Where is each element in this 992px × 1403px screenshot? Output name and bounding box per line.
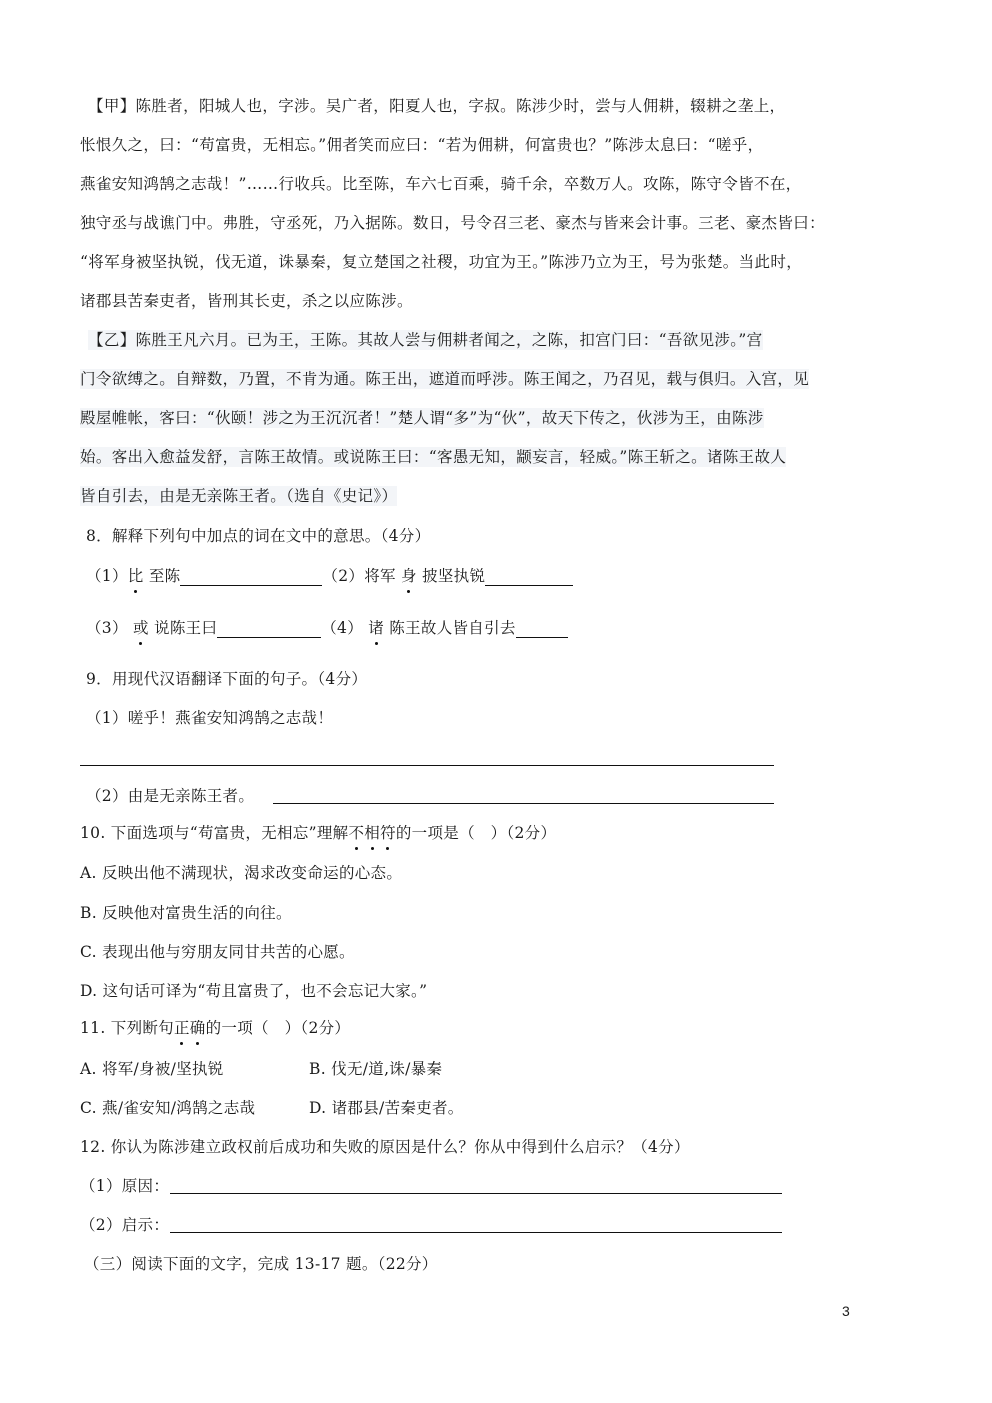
dotted-word: 诸	[368, 618, 384, 638]
question-11-stem: 11. 下列断句正确的一项（ ）（2分）	[80, 1018, 350, 1038]
answer-blank-8-4[interactable]	[516, 619, 568, 638]
question-12-stem: 12. 你认为陈涉建立政权前后成功和失败的原因是什么？你从中得到什么启示？（4分…	[80, 1137, 690, 1157]
option-a[interactable]: A. 反映出他不满现状，渴求改变命运的心态。	[80, 863, 402, 883]
page-number: 3	[842, 1303, 850, 1319]
passage-yi-line: 始。客出入愈益发舒，言陈王故情。或说陈王曰：“客愚无知，颛妄言，轻威。”陈王斩之…	[80, 447, 786, 467]
question-9-item-2: （2）由是无亲陈王者。	[86, 786, 254, 806]
stem-text: 的一项是（ ）（2分）	[396, 824, 556, 842]
option-c[interactable]: C. 表现出他与穷朋友同甘共苦的心愿。	[80, 942, 355, 962]
item-text: 至陈	[149, 567, 181, 585]
option-c[interactable]: C. 燕/雀安知/鸿鹄之志哉	[80, 1098, 255, 1118]
dotted-word: 身	[401, 566, 417, 586]
answer-blank-8-1[interactable]	[180, 567, 322, 586]
answer-line-9-2[interactable]	[273, 803, 774, 804]
stem-text: 的一项（ ）（2分）	[206, 1019, 351, 1037]
passage-jia-line: “将军身被坚执锐，伐无道，诛暴秦，复立楚国之社稷，功宜为王。”陈涉乃立为王，号为…	[80, 252, 802, 272]
option-a[interactable]: A. 将军/身被/坚执锐	[80, 1059, 224, 1079]
question-9-item-1: （1）嗟乎！燕雀安知鸿鹄之志哉！	[86, 708, 333, 728]
question-12-item-1: （1）原因：	[80, 1176, 169, 1196]
dotted-word: 相	[364, 823, 380, 843]
item-text: 说陈王曰	[154, 619, 217, 637]
item-text: 陈王故人皆自引去	[389, 619, 515, 637]
passage-yi-line: 殿屋帷帐，客曰：“伙颐！涉之为王沉沉者！”楚人谓“多”为“伙”，故天下传之，伙涉…	[80, 408, 764, 428]
answer-line-12-2[interactable]	[170, 1232, 782, 1233]
dotted-word: 或	[133, 618, 149, 638]
item-number: （4）	[321, 619, 363, 637]
option-d[interactable]: D. 诸郡县/苦秦吏者。	[309, 1098, 464, 1118]
answer-line-9-1[interactable]	[80, 765, 774, 766]
passage-yi-line: 皆自引去，由是无亲陈王者。（选自《史记》）	[80, 486, 397, 506]
stem-text: 11. 下列断句	[80, 1019, 174, 1037]
item-text: 将军	[364, 567, 396, 585]
answer-line-12-1[interactable]	[170, 1193, 782, 1194]
option-b[interactable]: B. 伐无/道,诛/暴秦	[309, 1059, 442, 1079]
item-text: 披坚执锐	[422, 567, 485, 585]
question-8-stem: 8．解释下列句中加点的词在文中的意思。（4分）	[86, 526, 430, 546]
passage-jia-line: 诸郡县苦秦吏者，皆刑其长吏，杀之以应陈涉。	[80, 291, 413, 311]
passage-jia-line: 燕雀安知鸿鹄之志哉！”……行收兵。比至陈，车六七百乘，骑千余，卒数万人。攻陈，陈…	[80, 174, 802, 194]
stem-text: 10. 下面选项与“苟富贵，无相忘”理解	[80, 824, 348, 842]
dotted-word: 确	[190, 1018, 206, 1038]
dotted-word: 比	[128, 566, 144, 586]
question-9-stem: 9．用现代汉语翻译下面的句子。（4分）	[86, 669, 367, 689]
answer-blank-8-2[interactable]	[485, 567, 573, 586]
passage-jia-line: 独守丞与战谯门中。弗胜，守丞死，乃入据陈。数日，号令召三老、豪杰与皆来会计事。三…	[80, 213, 825, 233]
question-10-stem: 10. 下面选项与“苟富贵，无相忘”理解不相符的一项是（ ）（2分）	[80, 823, 556, 843]
option-b[interactable]: B. 反映他对富贵生活的向往。	[80, 903, 292, 923]
item-number: （2）	[322, 567, 364, 585]
passage-jia-line: 怅恨久之，曰：“苟富贵，无相忘。”佣者笑而应曰：“若为佣耕，何富贵也？”陈涉太息…	[80, 135, 763, 155]
dotted-word: 正	[174, 1018, 190, 1038]
section-3-heading: （三）阅读下面的文字，完成 13-17 题。（22分）	[84, 1254, 438, 1274]
dotted-word: 符	[380, 823, 396, 843]
question-12-item-2: （2）启示：	[80, 1215, 169, 1235]
question-8-row-2: （3） 或 说陈王曰（4） 诸 陈王故人皆自引去	[86, 618, 568, 638]
question-8-row-1: （1）比 至陈（2）将军 身 披坚执锐	[86, 566, 573, 586]
option-d[interactable]: D. 这句话可译为“苟且富贵了，也不会忘记大家。”	[80, 981, 427, 1001]
passage-jia-line: 【甲】陈胜者，阳城人也，字涉。吴广者，阳夏人也，字叔。陈涉少时，尝与人佣耕，辍耕…	[88, 96, 785, 116]
passage-yi-line: 【乙】陈胜王凡六月。已为王，王陈。其故人尝与佣耕者闻之，之陈，扣宫门曰：“吾欲见…	[88, 330, 763, 350]
item-number: （3）	[86, 619, 128, 637]
passage-yi-line: 门令欲缚之。自辩数，乃置，不肯为通。陈王出，遮道而呼涉。陈王闻之，乃召见，载与俱…	[80, 369, 809, 389]
answer-blank-8-3[interactable]	[217, 619, 321, 638]
item-number: （1）	[86, 567, 128, 585]
dotted-word: 不	[348, 823, 364, 843]
